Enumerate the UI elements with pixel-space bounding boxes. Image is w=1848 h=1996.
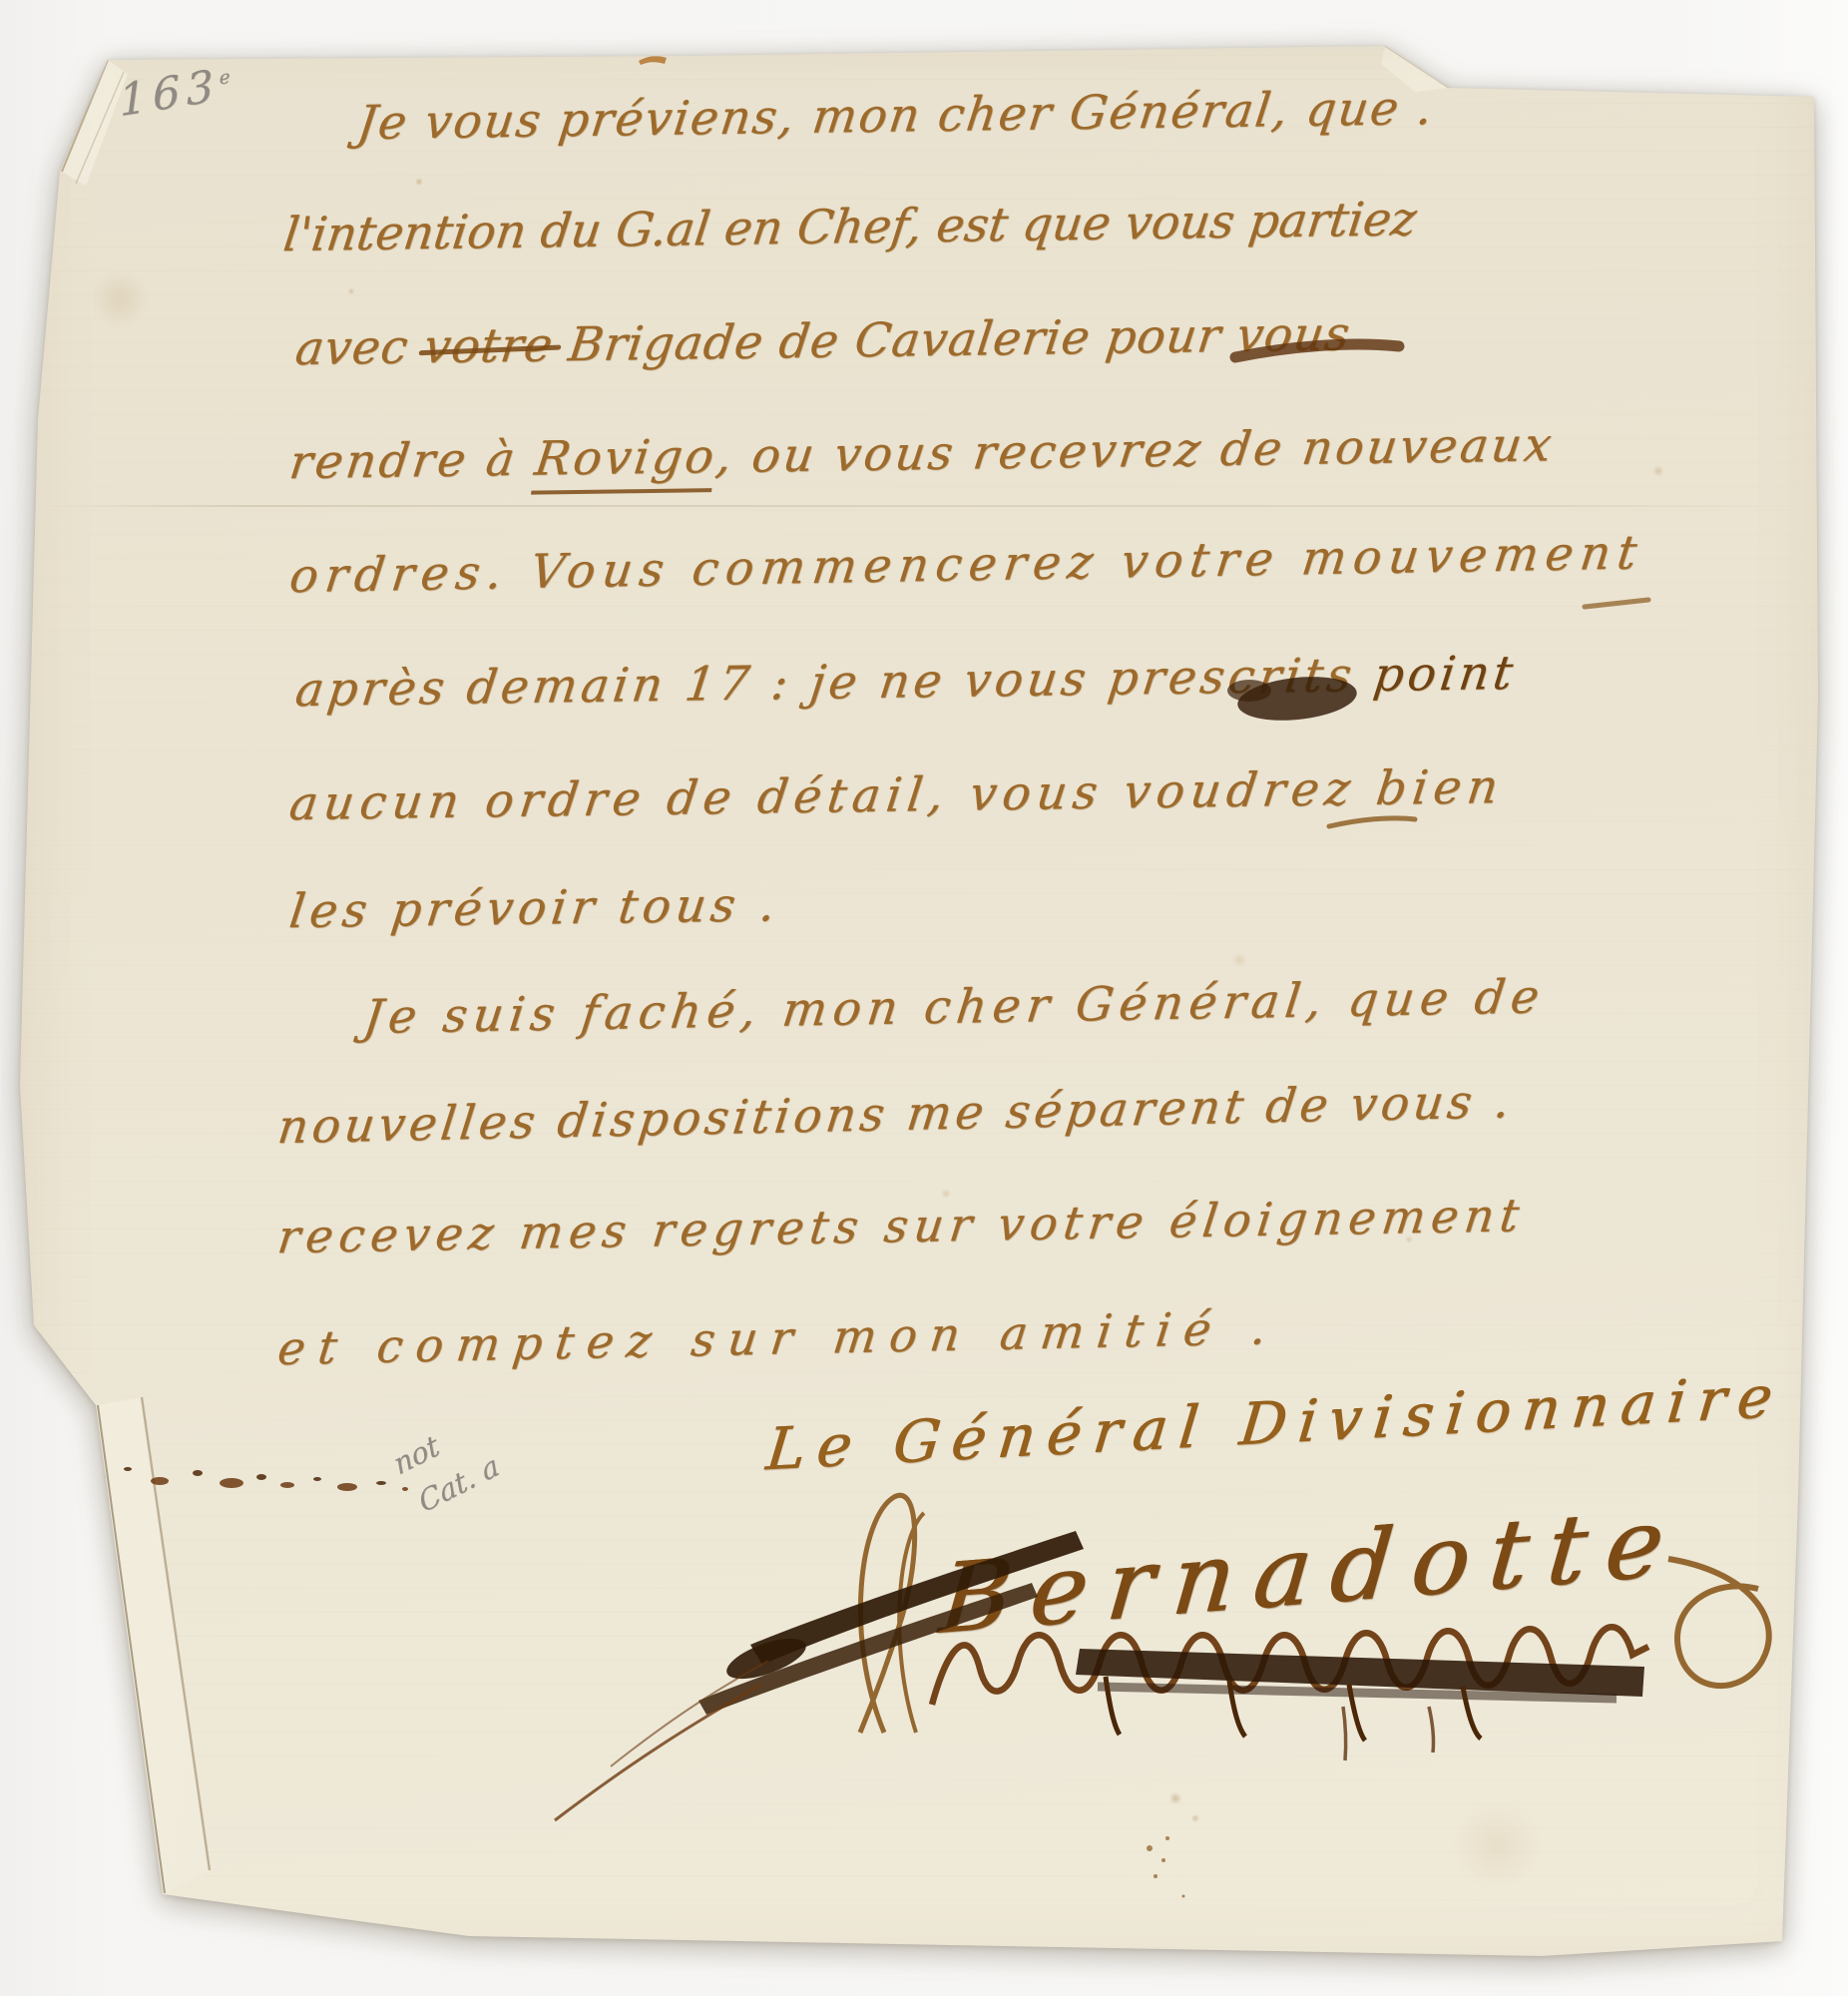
catalog-number-value: 163 [118, 60, 221, 127]
bottom-ink-dots [1147, 1836, 1185, 1898]
line-segment: , ou vous recevrez de nouveaux [712, 417, 1557, 484]
letter-paper-wrap: 163e Je vous préviens, mon cher Général,… [0, 0, 1848, 1996]
letter-line: après demain 17 : je ne vous prescrits p… [292, 646, 1520, 718]
letter-line: et comptez sur mon amitié . [275, 1300, 1282, 1375]
photo-background: 163e Je vous préviens, mon cher Général,… [0, 0, 1848, 1996]
catalog-number-suffix: e [219, 66, 236, 90]
line-segment: rendre à [286, 432, 539, 491]
underlined-place-name: Rovigo [531, 429, 720, 495]
letter-line: avec votre Brigade de Cavalerie pour vou… [292, 306, 1353, 376]
line-segment: Brigade de Cavalerie pour vous [550, 306, 1354, 372]
letter-line: recevez mes regrets sur votre éloignemen… [274, 1188, 1528, 1263]
letter-line: aucun ordre de détail, vous voudrez bien [286, 759, 1507, 831]
letter-line: nouvelles dispositions me séparent de vo… [274, 1074, 1516, 1155]
blotted-word: point [1370, 646, 1520, 703]
line-segment: après demain 17 : je ne vous prescrits [292, 648, 1377, 718]
signature-name: Bernadotte [935, 1485, 1687, 1657]
signature-tail-flourish [1668, 1559, 1769, 1686]
catalog-number: 163e [118, 57, 237, 127]
signature-lead-flourish [860, 1495, 924, 1733]
struck-word: votre [421, 317, 557, 374]
closing-title: Le Général Divisionnaire [763, 1362, 1787, 1484]
line-segment: avec [292, 319, 428, 376]
letter-line: l'intention du G.al en Chef, est que vou… [280, 192, 1419, 262]
letter-line: Je suis faché, mon cher Général, que de [360, 969, 1548, 1045]
letter-line: ordres. Vous commencerez votre mouvement [286, 525, 1646, 604]
pencil-annotation: notCat. a [387, 1401, 506, 1529]
letter-line: rendre à Rovigo, ou vous recevrez de nou… [286, 417, 1558, 490]
letter-line: les prévoir tous . [286, 877, 783, 939]
paper-crease [34, 505, 1802, 507]
paper-sheet: 163e Je vous préviens, mon cher Général,… [0, 0, 1848, 1996]
edge-ink-mark [639, 56, 667, 65]
letter-line: Je vous préviens, mon cher Général, que … [354, 81, 1437, 151]
